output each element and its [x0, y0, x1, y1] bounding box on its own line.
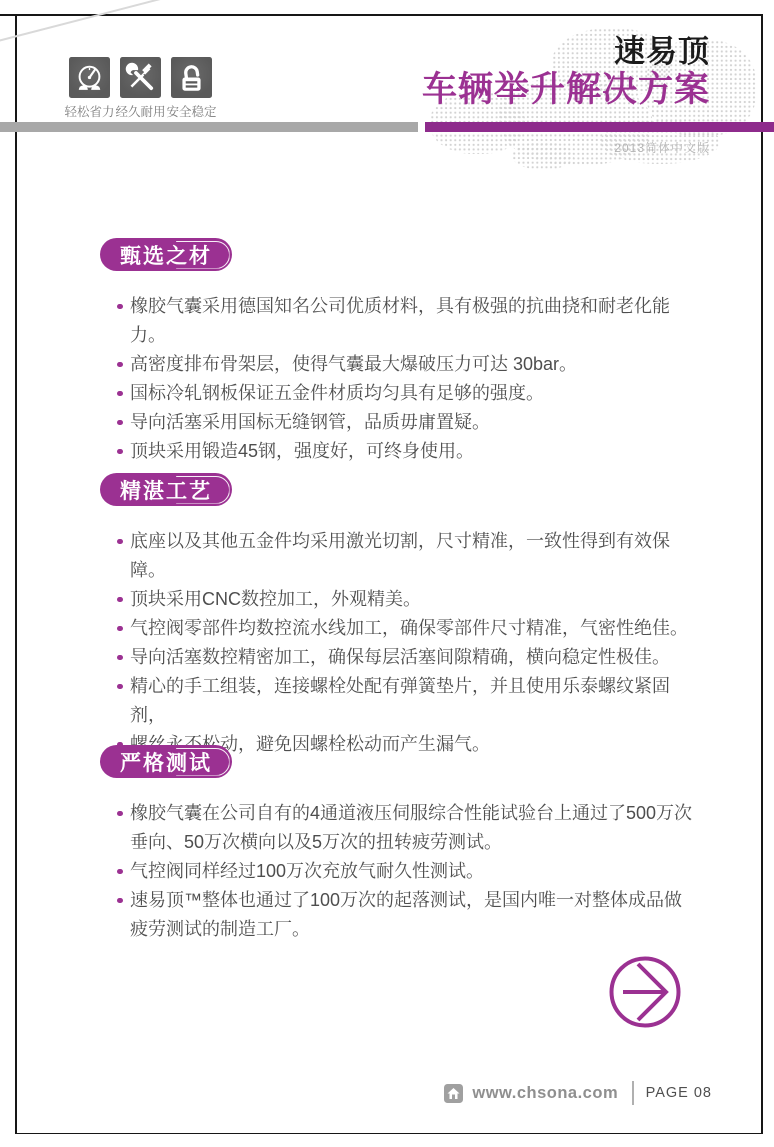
footer-page-number: PAGE 08	[646, 1085, 712, 1101]
header-bar-purple	[425, 122, 774, 132]
bullet-item: 橡胶气囊采用德国知名公司优质材料，具有极强的抗曲挠和耐老化能力。	[100, 292, 698, 350]
bullet-item: 高密度排布骨架层，使得气囊最大爆破压力可达 30bar。	[100, 350, 698, 379]
bullet-item: 国标冷轧钢板保证五金件材质均匀具有足够的强度。	[100, 379, 698, 408]
header-bar-gray	[0, 122, 418, 132]
brochure-page: 轻松省力 经久耐用	[0, 0, 774, 1147]
bullet-item: 气控阀同样经过100万次充放气耐久性测试。	[100, 857, 698, 886]
bullet-item: 气控阀零部件均数控流水线加工，确保零部件尺寸精准，气密性绝佳。	[100, 614, 698, 643]
feature-label: 安全稳定	[167, 102, 217, 120]
footer-website: www.chsona.com	[472, 1084, 618, 1103]
bullet-item: 底座以及其他五金件均采用激光切割，尺寸精准，一致性得到有效保障。	[100, 527, 698, 585]
feature-safe: 安全稳定	[171, 57, 212, 120]
page-border-top	[0, 14, 763, 16]
section-badge: 严格测试	[100, 745, 232, 778]
feature-label: 经久耐用	[116, 102, 166, 120]
gauge-icon	[69, 57, 110, 98]
section-materials: 甄选之材 橡胶气囊采用德国知名公司优质材料，具有极强的抗曲挠和耐老化能力。高密度…	[100, 238, 698, 466]
bullet-list: 底座以及其他五金件均采用激光切割，尺寸精准，一致性得到有效保障。顶块采用CNC数…	[100, 527, 698, 759]
edition-label: 2013简体中文版	[614, 139, 710, 156]
lock-icon	[171, 57, 212, 98]
footer: www.chsona.com PAGE 08	[444, 1080, 712, 1106]
bullet-item: 橡胶气囊在公司自有的4通道液压伺服综合性能试验台上通过了500万次垂向、50万次…	[100, 799, 698, 857]
tools-icon	[120, 57, 161, 98]
feature-durable: 经久耐用	[120, 57, 161, 120]
world-map-dots	[512, 142, 574, 170]
bullet-item: 速易顶™整体也通过了100万次的起落测试，是国内唯一对整体成品做疲劳测试的制造工…	[100, 886, 698, 944]
home-icon	[444, 1084, 463, 1103]
feature-icons-row: 轻松省力 经久耐用	[69, 57, 212, 120]
footer-divider	[632, 1081, 634, 1105]
bullet-list: 橡胶气囊采用德国知名公司优质材料，具有极强的抗曲挠和耐老化能力。高密度排布骨架层…	[100, 292, 698, 466]
feature-easy: 轻松省力	[69, 57, 110, 120]
arrow-right-circle-icon	[607, 954, 683, 1030]
section-badge: 甄选之材	[100, 238, 232, 271]
corner-diagonal-line	[0, 0, 161, 43]
page-border-bottom	[15, 1133, 763, 1135]
next-page-arrow-button[interactable]	[607, 954, 683, 1030]
section-badge: 精湛工艺	[100, 473, 232, 506]
bullet-list: 橡胶气囊在公司自有的4通道液压伺服综合性能试验台上通过了500万次垂向、50万次…	[100, 799, 698, 944]
bullet-item: 导向活塞采用国标无缝钢管，品质毋庸置疑。	[100, 408, 698, 437]
section-testing: 严格测试 橡胶气囊在公司自有的4通道液压伺服综合性能试验台上通过了500万次垂向…	[100, 745, 698, 944]
bullet-item: 顶块采用CNC数控加工，外观精美。	[100, 585, 698, 614]
feature-label: 轻松省力	[65, 102, 115, 120]
page-title: 车辆举升解决方案	[422, 72, 710, 109]
page-border-left	[15, 14, 17, 1134]
brand-name: 速易顶	[422, 35, 710, 70]
section-craftsmanship: 精湛工艺 底座以及其他五金件均采用激光切割，尺寸精准，一致性得到有效保障。顶块采…	[100, 473, 698, 759]
bullet-item: 导向活塞数控精密加工，确保每层活塞间隙精确，横向稳定性极佳。	[100, 643, 698, 672]
bullet-item: 精心的手工组装，连接螺栓处配有弹簧垫片，并且使用乐泰螺纹紧固剂，	[100, 672, 698, 730]
header-title-block: 速易顶 车辆举升解决方案	[422, 35, 710, 108]
page-border-right	[761, 14, 763, 1134]
bullet-item: 顶块采用锻造45钢，强度好，可终身使用。	[100, 437, 698, 466]
